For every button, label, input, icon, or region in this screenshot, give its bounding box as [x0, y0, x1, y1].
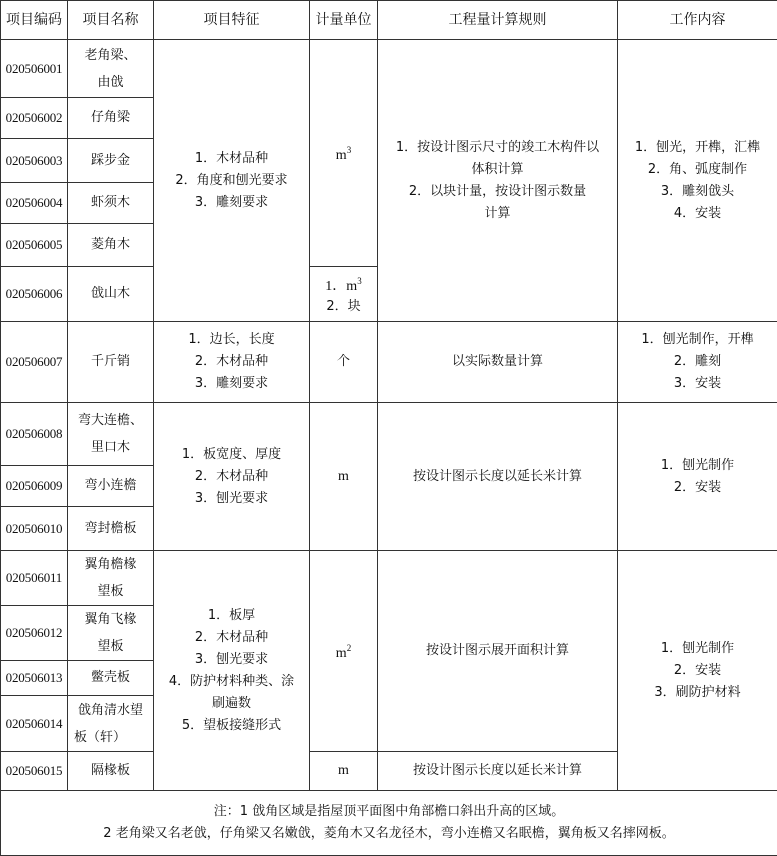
item-code: 020506010 [1, 507, 68, 551]
table-note: 注：1 戗角区域是指屋顶平面图中角部檐口斜出升高的区域。 2 老角梁又名老戗，仔… [1, 791, 777, 856]
item-code: 020506007 [1, 322, 68, 403]
item-name: 翼角檐椽 望板 [68, 551, 154, 606]
item-code: 020506006 [1, 267, 68, 322]
header-work: 工作内容 [618, 1, 777, 40]
unit-group-2: 个 [310, 322, 378, 403]
item-code: 020506011 [1, 551, 68, 606]
item-name: 菱角木 [68, 224, 154, 267]
rule-group-1: 1．按设计图示尺寸的竣工木构件以 体积计算 2．以块计量，按设计图示数量 计算 [378, 40, 618, 322]
item-name: 千斤销 [68, 322, 154, 403]
item-code: 020506013 [1, 661, 68, 696]
item-name: 老角梁、 由戗 [68, 40, 154, 98]
features-group-3: 1．板宽度、厚度 2．木材品种 3．刨光要求 [154, 403, 310, 551]
unit-group-3: m [310, 403, 378, 551]
rule-group-4b: 按设计图示长度以延长米计算 [378, 752, 618, 791]
item-name: 戗角清水望 板（轩） [68, 696, 154, 752]
header-features: 项目特征 [154, 1, 310, 40]
table-row: 020506001 老角梁、 由戗 1．木材品种 2．角度和刨光要求 3．雕刻要… [1, 40, 777, 98]
work-group-2: 1．刨光制作，开榫 2．雕刻 3．安装 [618, 322, 777, 403]
item-code: 020506009 [1, 466, 68, 507]
header-row: 项目编码 项目名称 项目特征 计量单位 工程量计算规则 工作内容 [1, 1, 777, 40]
item-name: 鳖壳板 [68, 661, 154, 696]
unit-group-1a: m3 [310, 40, 378, 267]
header-code: 项目编码 [1, 1, 68, 40]
item-name: 弯大连檐、 里口木 [68, 403, 154, 466]
item-name: 虾须木 [68, 183, 154, 224]
header-name: 项目名称 [68, 1, 154, 40]
item-name: 弯小连檐 [68, 466, 154, 507]
note-row: 注：1 戗角区域是指屋顶平面图中角部檐口斜出升高的区域。 2 老角梁又名老戗，仔… [1, 791, 777, 856]
item-name: 戗山木 [68, 267, 154, 322]
item-code: 020506002 [1, 98, 68, 139]
item-name: 弯封檐板 [68, 507, 154, 551]
item-code: 020506015 [1, 752, 68, 791]
work-group-1: 1．刨光，开榫，汇榫 2．角、弧度制作 3．雕刻戗头 4．安装 [618, 40, 777, 322]
item-name: 踩步金 [68, 139, 154, 183]
rule-group-4a: 按设计图示展开面积计算 [378, 551, 618, 752]
work-group-3: 1．刨光制作 2．安装 [618, 403, 777, 551]
item-code: 020506005 [1, 224, 68, 267]
item-code: 020506012 [1, 606, 68, 661]
table-row: 020506007 千斤销 1．边长，长度 2．木材品种 3．雕刻要求 个 以实… [1, 322, 777, 403]
table-row: 020506008 弯大连檐、 里口木 1．板宽度、厚度 2．木材品种 3．刨光… [1, 403, 777, 466]
features-group-4: 1．板厚 2．木材品种 3．刨光要求 4．防护材料种类、涂 刷遍数 5．望板接缝… [154, 551, 310, 791]
unit-group-4a: m2 [310, 551, 378, 752]
item-name: 仔角梁 [68, 98, 154, 139]
rule-group-3: 按设计图示长度以延长米计算 [378, 403, 618, 551]
features-group-2: 1．边长，长度 2．木材品种 3．雕刻要求 [154, 322, 310, 403]
bill-of-quantities-table: 项目编码 项目名称 项目特征 计量单位 工程量计算规则 工作内容 0205060… [0, 0, 777, 856]
rule-group-2: 以实际数量计算 [378, 322, 618, 403]
features-group-1: 1．木材品种 2．角度和刨光要求 3．雕刻要求 [154, 40, 310, 322]
item-code: 020506014 [1, 696, 68, 752]
item-code: 020506003 [1, 139, 68, 183]
item-name: 翼角飞椽 望板 [68, 606, 154, 661]
work-group-4: 1．刨光制作 2．安装 3．刷防护材料 [618, 551, 777, 791]
table-row: 020506011 翼角檐椽 望板 1．板厚 2．木材品种 3．刨光要求 4．防… [1, 551, 777, 606]
header-unit: 计量单位 [310, 1, 378, 40]
header-rule: 工程量计算规则 [378, 1, 618, 40]
unit-group-4b: m [310, 752, 378, 791]
unit-group-1b: 1．m3 2．块 [310, 267, 378, 322]
item-code: 020506008 [1, 403, 68, 466]
item-code: 020506001 [1, 40, 68, 98]
item-name: 隔椽板 [68, 752, 154, 791]
item-code: 020506004 [1, 183, 68, 224]
